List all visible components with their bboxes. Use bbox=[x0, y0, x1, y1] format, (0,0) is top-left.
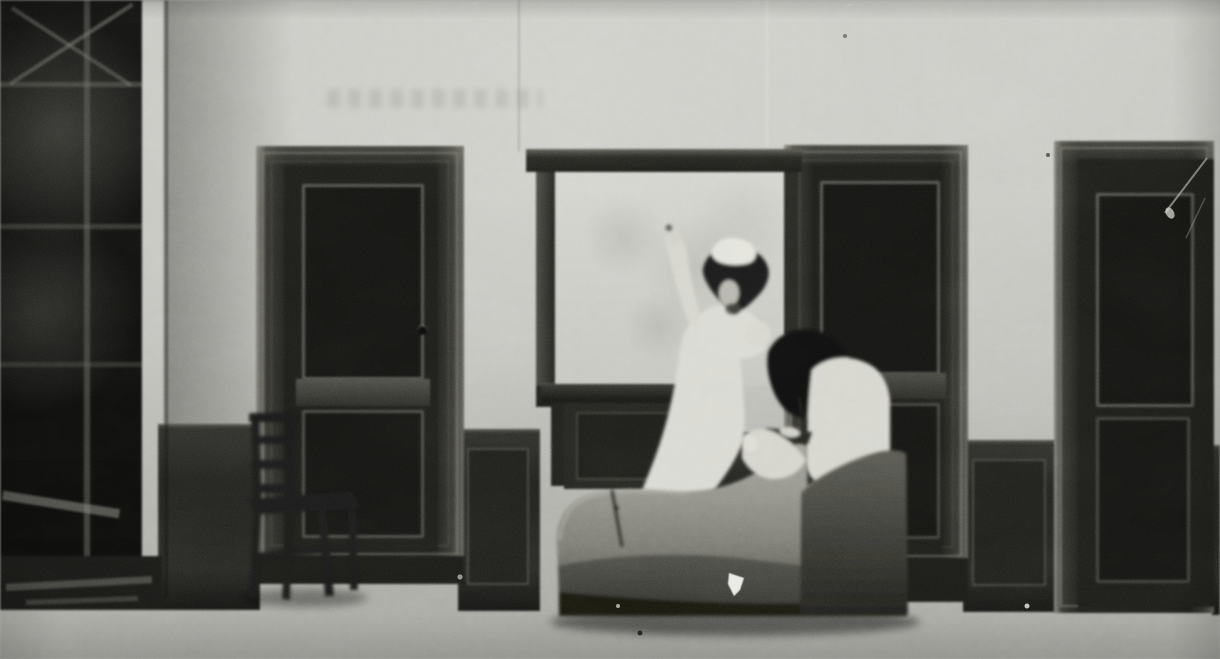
woman-puff-sleeve bbox=[745, 321, 771, 347]
woman-fingertips bbox=[666, 225, 673, 232]
woman-raised-arm bbox=[665, 231, 704, 328]
film-still bbox=[0, 0, 1220, 659]
chair bbox=[240, 411, 368, 607]
sofa-strap-buckle bbox=[613, 505, 619, 511]
chaise-longue bbox=[550, 443, 920, 636]
figure-cuff bbox=[742, 436, 758, 452]
woman-face bbox=[719, 280, 739, 306]
figures-layer bbox=[0, 0, 1220, 659]
chair-shadow bbox=[240, 589, 368, 607]
woman-chin-shadow bbox=[725, 303, 741, 315]
woman-cap bbox=[712, 238, 756, 265]
scene bbox=[0, 0, 1220, 659]
figure-forearm-group bbox=[742, 397, 812, 479]
